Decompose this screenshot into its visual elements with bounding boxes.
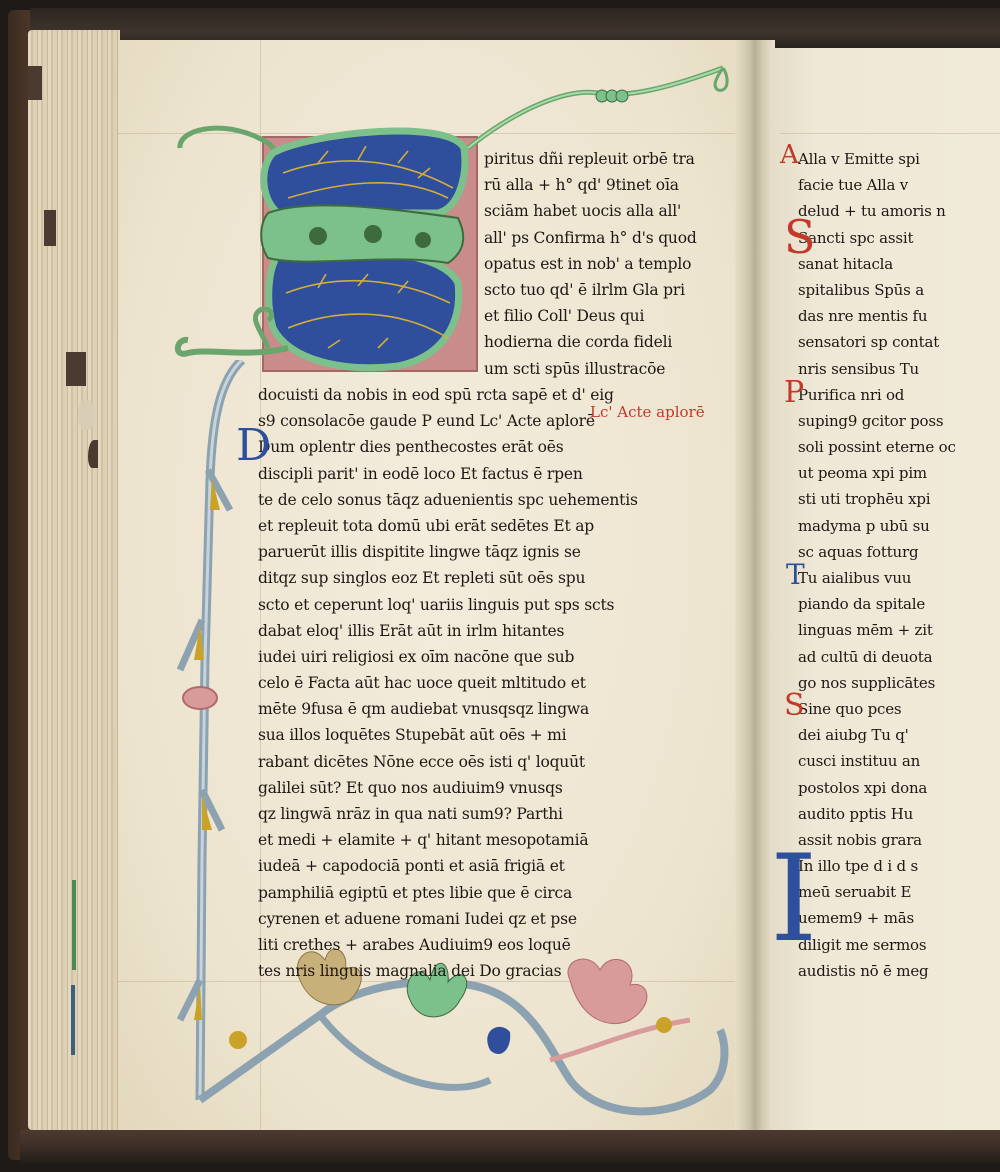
text-line: et filio Coll' Deus qui [484, 303, 697, 329]
text-line: paruerūt illis dispitite lingwe tāqz ign… [258, 539, 638, 565]
text-line: suping9 gcitor poss [798, 408, 956, 434]
text-line: Alla v Emitte spi [798, 146, 956, 172]
red-initial-p: P [784, 375, 804, 410]
text-line: s9 consolacōe gaude P eund Lc' Acte aplo… [258, 408, 638, 434]
blue-initial-d: D [236, 424, 271, 468]
blue-initial-i: I [770, 840, 817, 960]
text-line: Tu aialibus vuu [798, 565, 956, 591]
text-line: all' ps Confirma h° d's quod [484, 225, 697, 251]
text-line: te de celo sonus tāqz aduenientis spc ue… [258, 487, 638, 513]
text-line: sti uti trophēu xpi [798, 486, 956, 512]
red-initial-a: A [780, 140, 799, 170]
text-line: sensatori sp contat [798, 329, 956, 355]
text-line: audistis nō ē meg [798, 958, 956, 984]
text-line: liti crethes + arabes Audiuim9 eos loquē [258, 932, 638, 958]
text-line: assit nobis grara [798, 827, 956, 853]
rubric-lectio: Lc' Acte aplorē [590, 403, 705, 421]
text-line: cyrenen et aduene romani Iudei qz et pse [258, 906, 638, 932]
text-line: piritus dñi repleuit orbē tra [484, 146, 697, 172]
text-line: tes nris linguis magnalia dei Do gracias [258, 958, 638, 984]
text-line: cusci instituu an [798, 748, 956, 774]
text-line: soli possint eterne oc [798, 434, 956, 460]
text-line: meū seruabit E [798, 879, 956, 905]
text-line: galilei sūt? Et quo nos audiuim9 vnusqs [258, 775, 638, 801]
text-line: diligit me sermos [798, 932, 956, 958]
text-line: Sancti spc assit [798, 225, 956, 251]
text-line: ad cultū di deuota [798, 644, 956, 670]
text-line: audito pptis Hu [798, 801, 956, 827]
text-line: sc aquas fotturg [798, 539, 956, 565]
text-line: sciām habet uocis alla all' [484, 198, 697, 224]
text-line: Purifica nri od [798, 382, 956, 408]
text-line: ut peoma xpi pim [798, 460, 956, 486]
text-line: spitalibus Spūs a [798, 277, 956, 303]
text-line: Sine quo pces [798, 696, 956, 722]
text-line: pamphiliā egiptū et ptes libie que ē cir… [258, 880, 638, 906]
metal-clasp-middle [44, 210, 56, 246]
text-line: delud + tu amoris n [798, 198, 956, 224]
text-line: um scti spūs illustracōe [484, 356, 697, 382]
text-line: dabat eloq' illis Erāt aūt in irlm hitan… [258, 618, 638, 644]
text-line: docuisti da nobis in eod spū rcta sapē e… [258, 382, 638, 408]
text-line: rabant dicētes Nōne ecce oēs isti q' loq… [258, 749, 638, 775]
text-line: iudei uiri religiosi ex oīm nacōne que s… [258, 644, 638, 670]
blue-initial-t: T [786, 558, 805, 591]
text-line: sanat hitacla [798, 251, 956, 277]
text-line: opatus est in nob' a templo [484, 251, 697, 277]
leather-tab-dark [66, 352, 86, 386]
text-line: piando da spitale [798, 591, 956, 617]
text-line: hodierna die corda fideli [484, 329, 697, 355]
text-line: et medi + elamite + q' hitant mesopotami… [258, 827, 638, 853]
text-line: linguas mēm + zit [798, 617, 956, 643]
text-line: mēte 9fusa ē qm audiebat vnusqsqz lingwa [258, 696, 638, 722]
text-line: postolos xpi dona [798, 775, 956, 801]
text-line: scto et ceperunt loq' uariis linguis put… [258, 592, 638, 618]
metal-clasp-top [28, 66, 42, 100]
left-text-column-top: piritus dñi repleuit orbē tra rū alla + … [484, 146, 697, 382]
right-text-column: Alla v Emitte spi facie tue Alla v delud… [798, 146, 956, 984]
left-text-column-main: docuisti da nobis in eod spū rcta sapē e… [258, 382, 638, 984]
text-line: In illo tpe d i d s [798, 853, 956, 879]
text-line: das nre mentis fu [798, 303, 956, 329]
red-initial-s-lower: S [784, 688, 805, 723]
text-line: go nos supplicātes [798, 670, 956, 696]
leather-tab-light [78, 400, 94, 430]
bookmark-ribbon-green [72, 880, 76, 970]
bookmark-ribbon-blue [71, 985, 75, 1055]
text-line: iudeā + capodociā ponti et asiā frigiā e… [258, 853, 638, 879]
text-line: qz lingwā nrāz in qua nati sum9? Parthi [258, 801, 638, 827]
text-line: Dum oplentr dies penthecostes erāt oēs [258, 434, 638, 460]
text-line: discipli parit' in eodē loco Et factus ē… [258, 461, 638, 487]
text-line: scto tuo qd' ē ilrlm Gla pri [484, 277, 697, 303]
text-line: sua illos loquētes Stupebāt aūt oēs + mi [258, 722, 638, 748]
text-line: et repleuit tota domū ubi erāt sedētes E… [258, 513, 638, 539]
text-line: dei aiubg Tu q' [798, 722, 956, 748]
text-line: uemem9 + mās [798, 905, 956, 931]
text-line: rū alla + h° qd' 9tinet oīa [484, 172, 697, 198]
leather-tab-small [88, 440, 98, 468]
text-line: nris sensibus Tu [798, 356, 956, 382]
text-line: madyma p ubū su [798, 513, 956, 539]
text-line: ditqz sup singlos eoz Et repleti sūt oēs… [258, 565, 638, 591]
text-line: celo ē Facta aūt hac uoce queit mltitudo… [258, 670, 638, 696]
red-initial-s: S [784, 210, 816, 264]
text-line: facie tue Alla v [798, 172, 956, 198]
ruling-line [780, 133, 1000, 134]
